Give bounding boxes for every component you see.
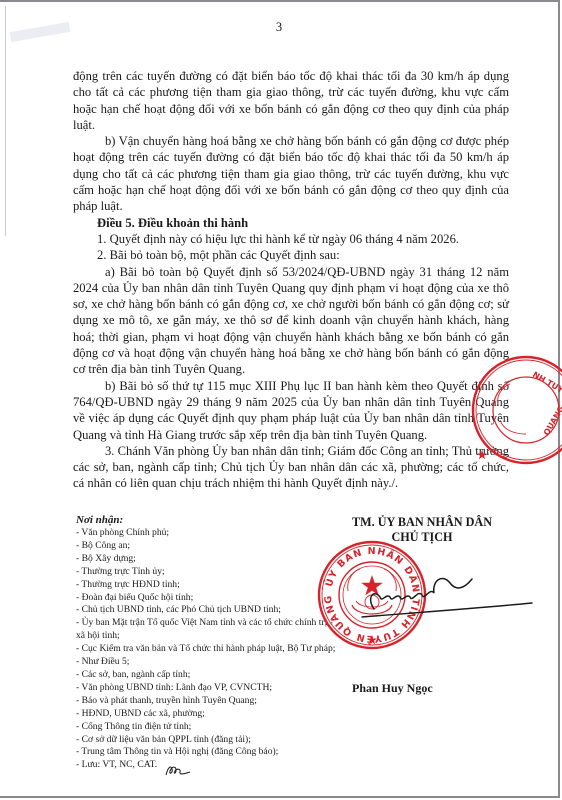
scan-edge-artifact — [5, 6, 6, 236]
recipient-item: - Đoàn đại biểu Quốc hội tỉnh; — [76, 592, 336, 605]
recipient-item: - Như Điều 5; — [76, 656, 336, 669]
article-5-heading: Điều 5. Điều khoản thi hành — [73, 215, 509, 231]
recipient-item: - Văn phòng Chính phủ; — [76, 527, 336, 540]
clause-2a: a) Bãi bỏ toàn bộ Quyết định số 53/2024/… — [73, 264, 509, 378]
recipient-item: - Thường trực HĐND tỉnh; — [76, 579, 336, 592]
recipient-item: - Thường trực Tỉnh ủy; — [76, 566, 336, 579]
body-text: động trên các tuyến đường có đặt biển bá… — [73, 68, 509, 492]
svg-text:NH TUY: NH TUY — [531, 370, 562, 395]
recipient-item: - Cơ sở dữ liệu văn bản QPPL tỉnh (đăng … — [76, 734, 336, 747]
paragraph-continuation: động trên các tuyến đường có đặt biển bá… — [73, 68, 509, 133]
recipient-item: - Cổng Thông tin điện tử tỉnh; — [76, 721, 336, 734]
clause-2b: b) Bãi bỏ số thứ tự 115 mục XIII Phụ lục… — [73, 378, 509, 443]
initials-signature — [164, 763, 192, 777]
recipients-title: Nơi nhận: — [76, 514, 336, 527]
recipient-item: - Trung tâm Thông tin và Hội nghị (đăng … — [76, 746, 336, 759]
recipient-item: - Ủy ban Mặt trận Tổ quốc Việt Nam tỉnh … — [76, 617, 336, 643]
recipient-item: - Lưu: VT, NC, CAT. — [76, 759, 336, 772]
svg-text:QUANG: QUANG — [542, 404, 562, 437]
document-page: 3 động trên các tuyến đường có đặt biển … — [0, 0, 560, 798]
paragraph-4b: b) Vận chuyển hàng hoá bằng xe chở hàng … — [73, 133, 509, 214]
recipient-item: - Báo và phát thanh, truyền hình Tuyên Q… — [76, 695, 336, 708]
clause-2: 2. Bãi bỏ toàn bộ, một phần các Quyết đị… — [73, 247, 509, 263]
recipients-list: Nơi nhận: - Văn phòng Chính phủ; - Bộ Cô… — [76, 514, 336, 772]
recipient-item: - Bộ Công an; — [76, 540, 336, 553]
clause-3: 3. Chánh Văn phòng Ủy ban nhân dân tỉnh;… — [73, 443, 509, 492]
recipient-item: - Văn phòng UBND tỉnh: Lãnh đạo VP, CVNC… — [76, 682, 336, 695]
recipient-item: - Bộ Xây dựng; — [76, 553, 336, 566]
chairman-signature — [360, 567, 535, 622]
signer-name: Phan Huy Ngọc — [352, 681, 433, 696]
seam-stamp-icon: NH TUY QUANG — [470, 354, 562, 466]
clause-1: 1. Quyết định này có hiệu lực thi hành k… — [73, 231, 509, 247]
recipient-item: - Chủ tịch UBND tỉnh, các Phó Chủ tịch U… — [76, 604, 336, 617]
recipient-item: - Các sở, ban, ngành cấp tỉnh; — [76, 669, 336, 682]
recipient-item: - HĐND, UBND các xã, phường; — [76, 708, 336, 721]
signature-org-line: TM. ỦY BAN NHÂN DÂN — [322, 515, 522, 530]
recipient-item: - Cục Kiểm tra văn bản và Tổ chức thi hà… — [76, 643, 336, 656]
page-number: 3 — [0, 20, 558, 35]
